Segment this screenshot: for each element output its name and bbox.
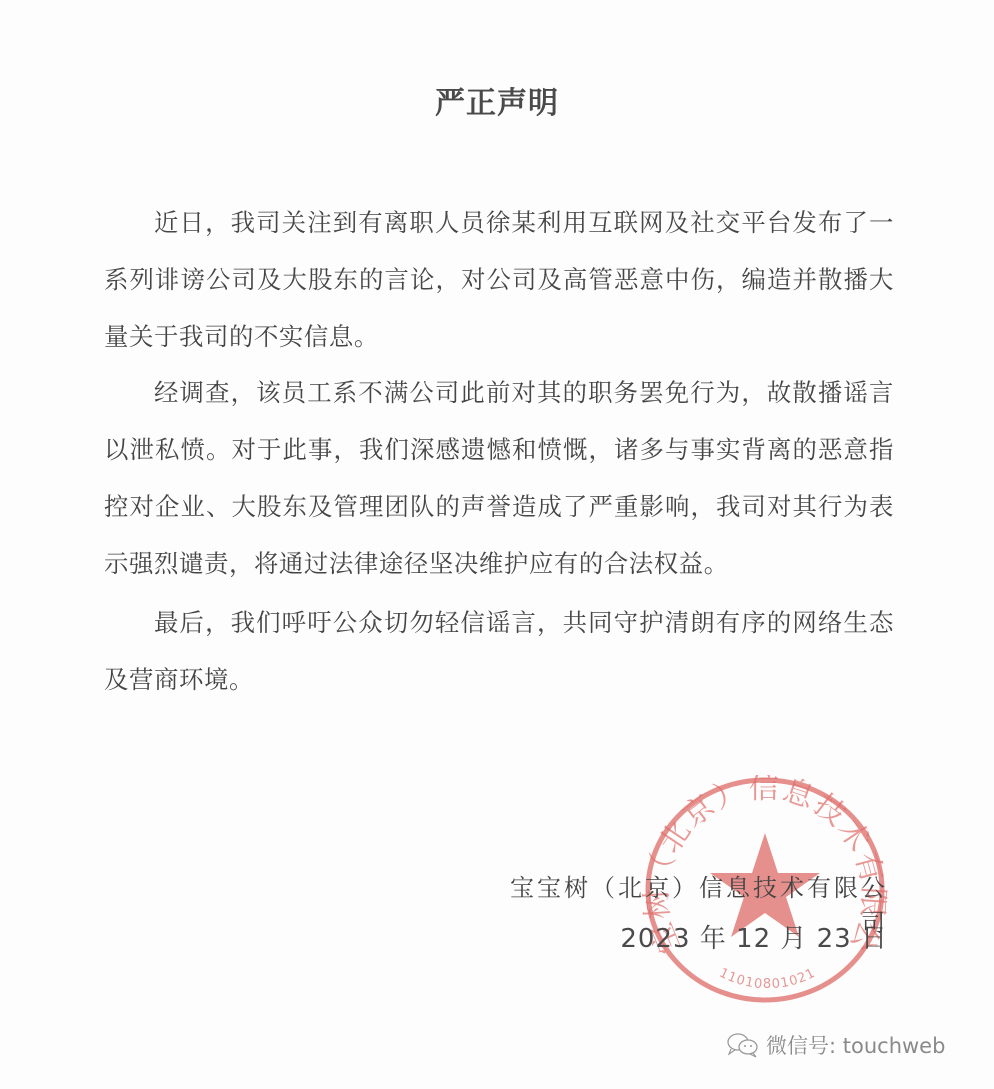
statement-date: 2023 年 12 月 23 日 xyxy=(560,918,888,955)
wechat-watermark: 微信号: touchweb xyxy=(726,1030,945,1060)
paragraph-1: 近日，我司关注到有离职人员徐某利用互联网及社交平台发布了一系列诽谤公司及大股东的… xyxy=(104,194,894,365)
document-title: 严正声明 xyxy=(0,78,994,122)
svg-text:11010801021: 11010801021 xyxy=(717,966,818,993)
paragraph-3: 最后，我们呼吁公众切勿轻信谣言，共同守护清朗有序的网络生态及营商环境。 xyxy=(104,594,894,708)
watermark-text: 微信号: touchweb xyxy=(766,1030,945,1060)
paragraph-2: 经调查，该员工系不满公司此前对其的职务罢免行为，故散播谣言以泄私愤。对于此事，我… xyxy=(104,364,894,592)
stamp-number: 11010801021 xyxy=(717,966,818,993)
wechat-icon xyxy=(726,1031,760,1059)
document-page: 严正声明 近日，我司关注到有离职人员徐某利用互联网及社交平台发布了一系列诽谤公司… xyxy=(0,0,994,1089)
